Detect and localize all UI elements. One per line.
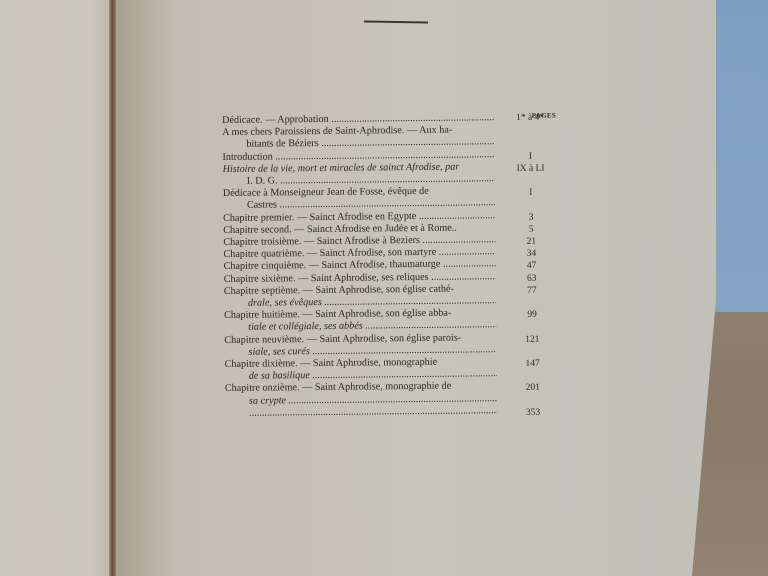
entry-page: 121 xyxy=(504,333,560,346)
entry-page: 77 xyxy=(504,284,560,297)
book-gutter xyxy=(109,0,116,576)
entry-page: 353 xyxy=(505,406,561,419)
left-page xyxy=(0,0,112,576)
toc-entry-dedicace-fosse: Dédicace à Monseigneur Jean de Fosse, év… xyxy=(223,185,563,213)
toc-entry-paroissiens: A mes chers Paroissiens de Saint-Aphrodi… xyxy=(222,124,562,152)
toc-entry-chapitre-8: Chapitre huitième. — Saint Aphrodise, so… xyxy=(224,307,564,335)
toc-entry-chapitre-11: Chapitre onzième. — Saint Aphrodise, mon… xyxy=(225,380,565,408)
entry-page: 1* à 4* xyxy=(502,112,558,125)
table-of-contents: PAGES Dédicace. — Approbation A mes cher… xyxy=(222,111,565,420)
entry-page: 99 xyxy=(504,309,560,322)
entry-page: 147 xyxy=(505,358,561,371)
entry-page: I xyxy=(503,187,559,200)
toc-entry-chapitre-7: Chapitre septième. — Saint Aphrodise, so… xyxy=(224,282,564,310)
toc-entry-chapitre-9: Chapitre neuvième. — Saint Aphrodise, so… xyxy=(224,331,564,359)
toc-entry-final: 353 xyxy=(225,404,565,420)
toc-entry-histoire: Histoire de la vie, mort et miracles de … xyxy=(223,160,563,188)
entry-page: IX à LI xyxy=(503,162,559,175)
entry-page: 201 xyxy=(505,382,561,395)
toc-entry-chapitre-10: Chapitre dixième. — Saint Aphrodise, mon… xyxy=(225,355,565,383)
